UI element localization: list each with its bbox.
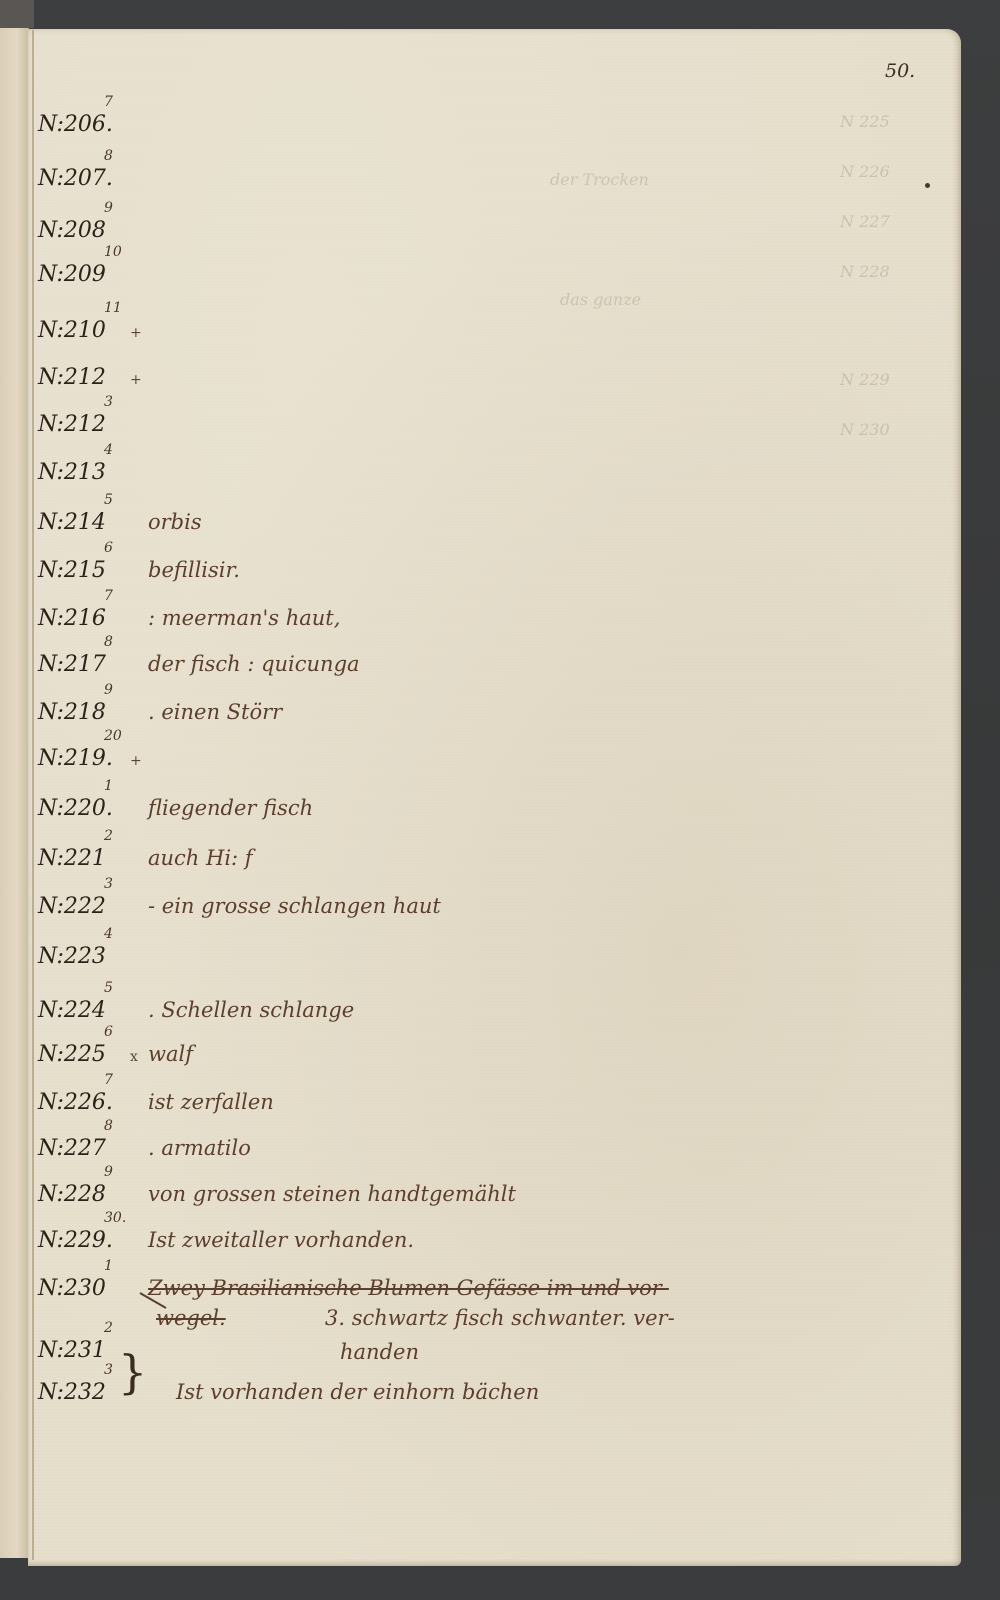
binding-gutter: [32, 30, 34, 1560]
entry-description-struck: Zwey Brasilianische Blumen Gefässe im un…: [148, 1276, 669, 1300]
bleed-through-text: N 230: [840, 420, 890, 439]
entry-number: N:206.7: [38, 112, 128, 137]
entry-description: . einen Störr: [148, 700, 282, 724]
entry-number: N:2301: [38, 1276, 128, 1301]
folio-number: 50.: [885, 60, 915, 82]
entry-description: fliegender fisch: [148, 796, 313, 820]
entry-description: walf: [148, 1042, 193, 1066]
grouping-brace: }: [118, 1345, 147, 1399]
entry-number: N:229.30.: [38, 1228, 128, 1253]
catalogue-entry: N:2312: [38, 1338, 128, 1378]
entry-mark: +: [130, 753, 148, 769]
entry-correction: 6: [104, 1024, 113, 1040]
catalogue-entry: N:2089: [38, 218, 148, 258]
catalogue-entry: N:229.30. Ist zweitaller vorhanden.: [38, 1228, 414, 1268]
entry-230-continuation-struck: wegel.: [156, 1306, 226, 1330]
bleed-through-text: N 225: [840, 112, 890, 131]
catalogue-entry: N:207.8: [38, 166, 148, 206]
entry-description: befillisir.: [148, 558, 240, 582]
entry-correction: 9: [104, 200, 113, 216]
entry-correction: 3: [104, 876, 113, 892]
entry-number: N:2123: [38, 412, 128, 437]
entry-number: N:2134: [38, 460, 128, 485]
catalogue-entry: N:2189 . einen Störr: [38, 700, 282, 740]
entry-correction: 8: [104, 634, 113, 650]
entry-description: Ist zweitaller vorhanden.: [148, 1228, 414, 1252]
entry-correction: 20: [104, 728, 122, 744]
entry-number: N:2223: [38, 894, 128, 919]
catalogue-entry: N:220.1 fliegender fisch: [38, 796, 313, 836]
catalogue-entry: N:2123: [38, 412, 148, 452]
bleed-through-text: N 227: [840, 212, 890, 231]
entry-correction: 7: [104, 94, 113, 110]
catalogue-entry: N:2256 x walf: [38, 1042, 193, 1082]
catalogue-entry: N:212 +: [38, 365, 148, 405]
catalogue-entry: N:226.7 ist zerfallen: [38, 1090, 274, 1130]
entry-number: N:2256: [38, 1042, 128, 1067]
entry-correction: 4: [104, 442, 113, 458]
catalogue-entry: N:2223 - ein grosse schlangen haut: [38, 894, 441, 934]
entry-correction: 7: [104, 588, 113, 604]
entry-number: N:2156: [38, 558, 128, 583]
entry-number: N:2167: [38, 606, 128, 631]
entry-number: N:2145: [38, 510, 128, 535]
entry-correction: 3: [104, 394, 113, 410]
catalogue-entry: N:2278 . armatilo: [38, 1136, 251, 1176]
entry-number: N:2234: [38, 944, 128, 969]
entry-correction: 7: [104, 1072, 113, 1088]
entry-correction: 30.: [104, 1210, 126, 1226]
previous-page-fold: [0, 0, 34, 28]
entry-correction: 8: [104, 148, 113, 164]
entry-mark: +: [130, 325, 148, 341]
entry-description: orbis: [148, 510, 202, 534]
entry-mark: x: [130, 1049, 148, 1065]
entry-number: N:2189: [38, 700, 128, 725]
entry-correction: 1: [104, 1258, 113, 1274]
bleed-through-text: N 229: [840, 370, 890, 389]
catalogue-entry: N:2245 . Schellen schlange: [38, 998, 354, 1038]
entry-description: auch Hi: f: [148, 846, 253, 870]
entry-correction: 1: [104, 778, 113, 794]
entry-mark: +: [130, 372, 148, 388]
entry-description: . Schellen schlange: [148, 998, 354, 1022]
entry-description: . armatilo: [148, 1136, 251, 1160]
bleed-through-text: N 228: [840, 262, 890, 281]
entry-number: N:20910: [38, 262, 128, 287]
catalogue-entry: N:2167 : meerman's haut,: [38, 606, 340, 646]
entry-correction: 6: [104, 540, 113, 556]
entry-number: N:2178: [38, 652, 128, 677]
bleed-through-text: N 226: [840, 162, 890, 181]
entry-description: - ein grosse schlangen haut: [148, 894, 441, 918]
entry-230-continuation-end: handen: [340, 1340, 419, 1364]
catalogue-entry: N:2212 auch Hi: f: [38, 846, 253, 886]
entry-number: N:2278: [38, 1136, 128, 1161]
entry-number: N:2323: [38, 1380, 128, 1405]
catalogue-entry: N:2134: [38, 460, 148, 500]
entry-description: ist zerfallen: [148, 1090, 274, 1114]
catalogue-entry: N:21011 +: [38, 318, 148, 358]
entry-correction: 10: [104, 244, 122, 260]
entry-number: N:212: [38, 365, 128, 390]
entry-number: N:2089: [38, 218, 128, 243]
entry-description: der fisch : quicunga: [148, 652, 360, 676]
entry-correction: 2: [104, 828, 113, 844]
entry-correction: 11: [104, 300, 122, 316]
entry-correction: 2: [104, 1320, 113, 1336]
entry-number: N:21011: [38, 318, 128, 343]
entry-number: N:2289: [38, 1182, 128, 1207]
entry-correction: 8: [104, 1118, 113, 1134]
bleed-through-text: der Trocken: [550, 170, 649, 189]
catalogue-entry: N:206.7: [38, 112, 148, 152]
entry-description: Ist vorhanden der einhorn bächen: [176, 1380, 539, 1404]
entry-description: : meerman's haut,: [148, 606, 340, 630]
entry-number: N:220.1: [38, 796, 128, 821]
previous-page-edge: [0, 28, 29, 1558]
bleed-through-text: das ganze: [560, 290, 641, 309]
entry-correction: 4: [104, 926, 113, 942]
entry-number: N:207.8: [38, 166, 128, 191]
catalogue-entry: N:2178 der fisch : quicunga: [38, 652, 360, 692]
entry-230-continuation: 3. schwartz fisch schwanter. ver-: [325, 1306, 675, 1330]
entry-description: von grossen steinen handtgemählt: [148, 1182, 516, 1206]
catalogue-entry: N:219.20 +: [38, 746, 148, 786]
entry-correction: 9: [104, 1164, 113, 1180]
catalogue-entry: N:2234: [38, 944, 148, 984]
entry-correction: 9: [104, 682, 113, 698]
entry-correction: 3: [104, 1362, 113, 1378]
entry-number: N:219.20: [38, 746, 128, 771]
entry-correction: 5: [104, 492, 113, 508]
ink-spot: [925, 183, 930, 188]
entry-number: N:2245: [38, 998, 128, 1023]
catalogue-entry: N:20910: [38, 262, 148, 302]
entry-correction: 5: [104, 980, 113, 996]
catalogue-entry: N:2323 Ist vorhanden der einhorn bächen: [38, 1380, 539, 1420]
entry-number: N:2212: [38, 846, 128, 871]
catalogue-entry: N:2145 orbis: [38, 510, 202, 550]
catalogue-entry: N:2156 befillisir.: [38, 558, 240, 598]
entry-number: N:2312: [38, 1338, 128, 1363]
entry-number: N:226.7: [38, 1090, 128, 1115]
